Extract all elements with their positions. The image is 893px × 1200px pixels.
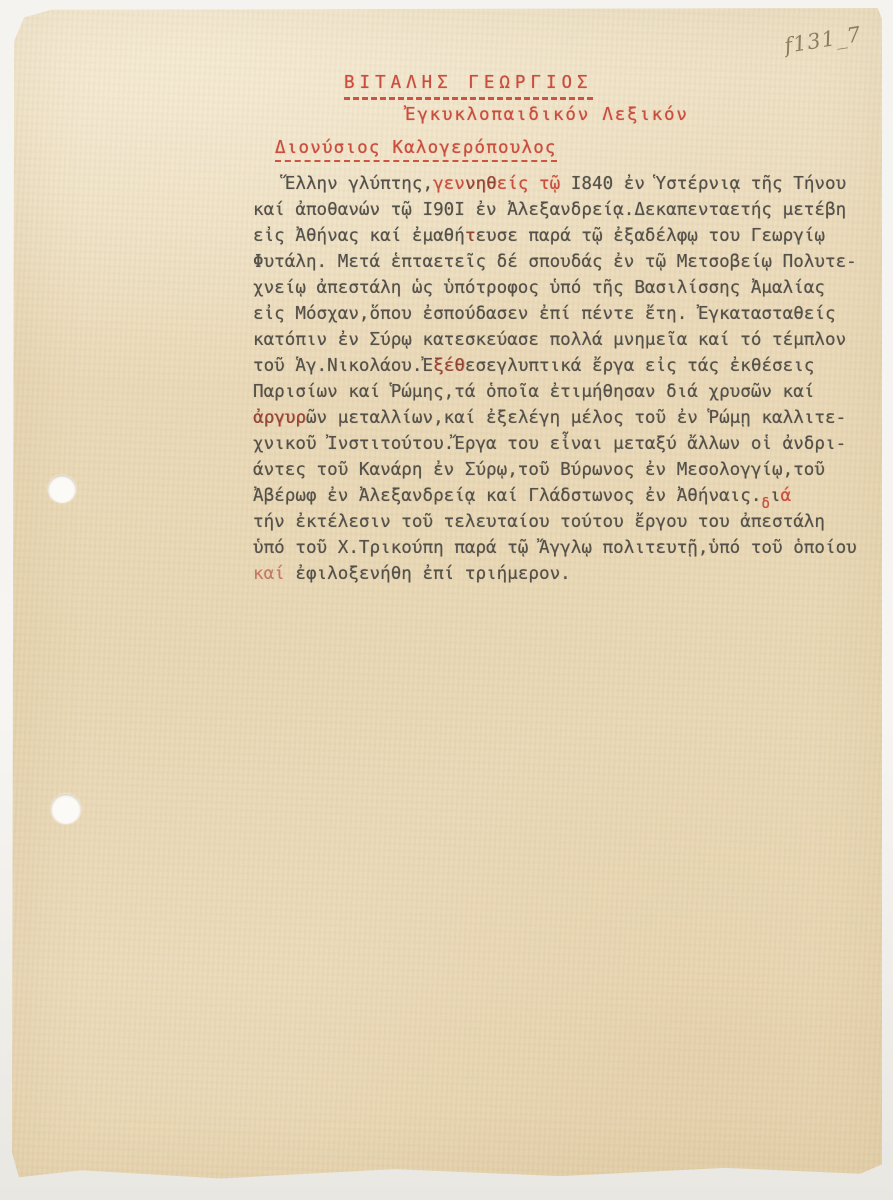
punch-hole-bottom	[51, 794, 81, 824]
text-segment: ῶν μεταλλίων,καί ἐξελέγη μέλος τοῦ ἐν Ῥώ…	[306, 408, 846, 428]
document-page: f131_7 ΒΙΤΑΛΗΣ ΓΕΩΡΓΙΟΣ Ἐγκυκλοπαιδικόν …	[12, 8, 882, 1182]
text-segment: νηθ	[465, 174, 497, 194]
text-segment: τ	[465, 226, 476, 246]
text-segment: τήν ἐκτέλεσιν τοῦ τελευταίου τούτου ἔργο…	[253, 512, 825, 532]
text-line: καί ἐφιλοξενήθη ἐπί τριήμερον.	[253, 561, 878, 587]
text-line: τοῦ Ἁγ.Νικολάου.Ἐξέθεσεγλυπτικά ἔργα εἰς…	[253, 353, 878, 379]
text-line: εἰς Μόσχαν,ὅπου ἐσπούδασεν ἐπί πέντε ἔτη…	[253, 301, 878, 327]
text-segment: ά	[780, 486, 791, 506]
text-line: χνείῳ ἀπεστάλη ὡς ὑπότροφος ὑπό τῆς Βασι…	[253, 275, 878, 301]
text-segment: ἐφιλοξενήθη ἐπί τριήμερον.	[285, 564, 571, 584]
text-line: ὑπό τοῦ Χ.Τρικούπη παρά τῷ Ἄγγλῳ πολιτευ…	[253, 535, 878, 561]
text-segment: δ	[761, 491, 769, 517]
text-segment: καί ἀποθανών τῷ I90I ἐν Ἀλεξανδρείᾳ.Δεκα…	[253, 200, 846, 220]
typewritten-paragraph: Ἕλλην γλύπτης,γεννηθείς τῷ I840 ἐν Ὑστέρ…	[253, 171, 878, 587]
text-line: καί ἀποθανών τῷ I90I ἐν Ἀλεξανδρείᾳ.Δεκα…	[253, 197, 878, 223]
text-segment: I840 ἐν Ὑστέρνιᾳ τῆς Τήνου	[560, 174, 846, 194]
text-segment: καί	[253, 564, 285, 584]
text-segment: Παρισίων καί Ῥώμης,τά ὁποῖα ἐτιμήθησαν δ…	[253, 382, 814, 402]
text-segment: χνείῳ ἀπεστάλη ὡς ὑπότροφος ὑπό τῆς Βασι…	[253, 278, 825, 298]
source-subtitle: Ἐγκυκλοπαιδικόν Λεξικόν	[405, 105, 689, 125]
text-segment: Φυτάλη. Μετά ἑπταετεῖς δέ σπουδάς ἐν τῷ …	[253, 252, 857, 272]
text-segment: κατόπιν ἐν Σύρῳ κατεσκεύασε πολλά μνημεῖ…	[253, 330, 846, 350]
text-segment: γλυπτικά ἔργα εἰς τάς ἐκθέσεις	[497, 356, 815, 376]
text-segment: ι	[770, 486, 781, 506]
text-line: τήν ἐκτέλεσιν τοῦ τελευταίου τούτου ἔργο…	[253, 509, 878, 535]
handwritten-folio-annotation: f131_7	[783, 22, 864, 58]
text-segment: χνικοῦ Ἰνστιτούτου.Ἔργα του εἶναι μεταξύ…	[253, 434, 846, 454]
text-line: χνικοῦ Ἰνστιτούτου.Ἔργα του εἶναι μεταξύ…	[253, 431, 878, 457]
text-segment: ἀργυρ	[253, 408, 306, 428]
text-segment: άντες τοῦ Κανάρη ἐν Σύρῳ,τοῦ Βύρωνος ἐν …	[253, 460, 825, 480]
text-segment: εσε	[465, 356, 497, 376]
scan-background: { "annotation": { "text": "f131_7" }, "h…	[0, 0, 893, 1200]
text-line: Ἀβέρωφ ἐν Ἀλεξανδρείᾳ καί Γλάδστωνος ἐν …	[253, 483, 878, 509]
text-segment: εἰς Ἀθήνας καί ἐμαθή	[253, 226, 465, 246]
punch-hole-top	[48, 475, 76, 503]
text-segment: ξέθ	[433, 356, 465, 376]
text-segment: Ἕλλην γλύπτης,	[253, 174, 433, 194]
text-segment: γεν	[433, 174, 465, 194]
text-segment: Ἀβέρωφ ἐν Ἀλεξανδρείᾳ καί Γλάδστωνος ἐν …	[253, 486, 761, 506]
text-line: ἀργυρῶν μεταλλίων,καί ἐξελέγη μέλος τοῦ …	[253, 405, 878, 431]
text-segment: εἰς Μόσχαν,ὅπου ἐσπούδασεν ἐπί πέντε ἔτη…	[253, 304, 836, 324]
entry-heading: Διονύσιος Καλογερόπουλος	[275, 138, 557, 162]
text-segment: ευσε παρά τῷ ἐξαδέλφῳ του Γεωργίῳ	[475, 226, 825, 246]
text-line: Φυτάλη. Μετά ἑπταετεῖς δέ σπουδάς ἐν τῷ …	[253, 249, 878, 275]
text-line: Ἕλλην γλύπτης,γεννηθείς τῷ I840 ἐν Ὑστέρ…	[253, 171, 878, 197]
text-line: άντες τοῦ Κανάρη ἐν Σύρῳ,τοῦ Βύρωνος ἐν …	[253, 457, 878, 483]
entry-title: ΒΙΤΑΛΗΣ ΓΕΩΡΓΙΟΣ	[344, 73, 593, 100]
text-segment: είς τῷ	[497, 174, 561, 194]
text-line: εἰς Ἀθήνας καί ἐμαθήτευσε παρά τῷ ἐξαδέλ…	[253, 223, 878, 249]
text-line: Παρισίων καί Ῥώμης,τά ὁποῖα ἐτιμήθησαν δ…	[253, 379, 878, 405]
text-line: κατόπιν ἐν Σύρῳ κατεσκεύασε πολλά μνημεῖ…	[253, 327, 878, 353]
text-segment: ὑπό τοῦ Χ.Τρικούπη παρά τῷ Ἄγγλῳ πολιτευ…	[253, 538, 857, 558]
text-segment: τοῦ Ἁγ.Νικολάου.Ἐ	[253, 356, 433, 376]
